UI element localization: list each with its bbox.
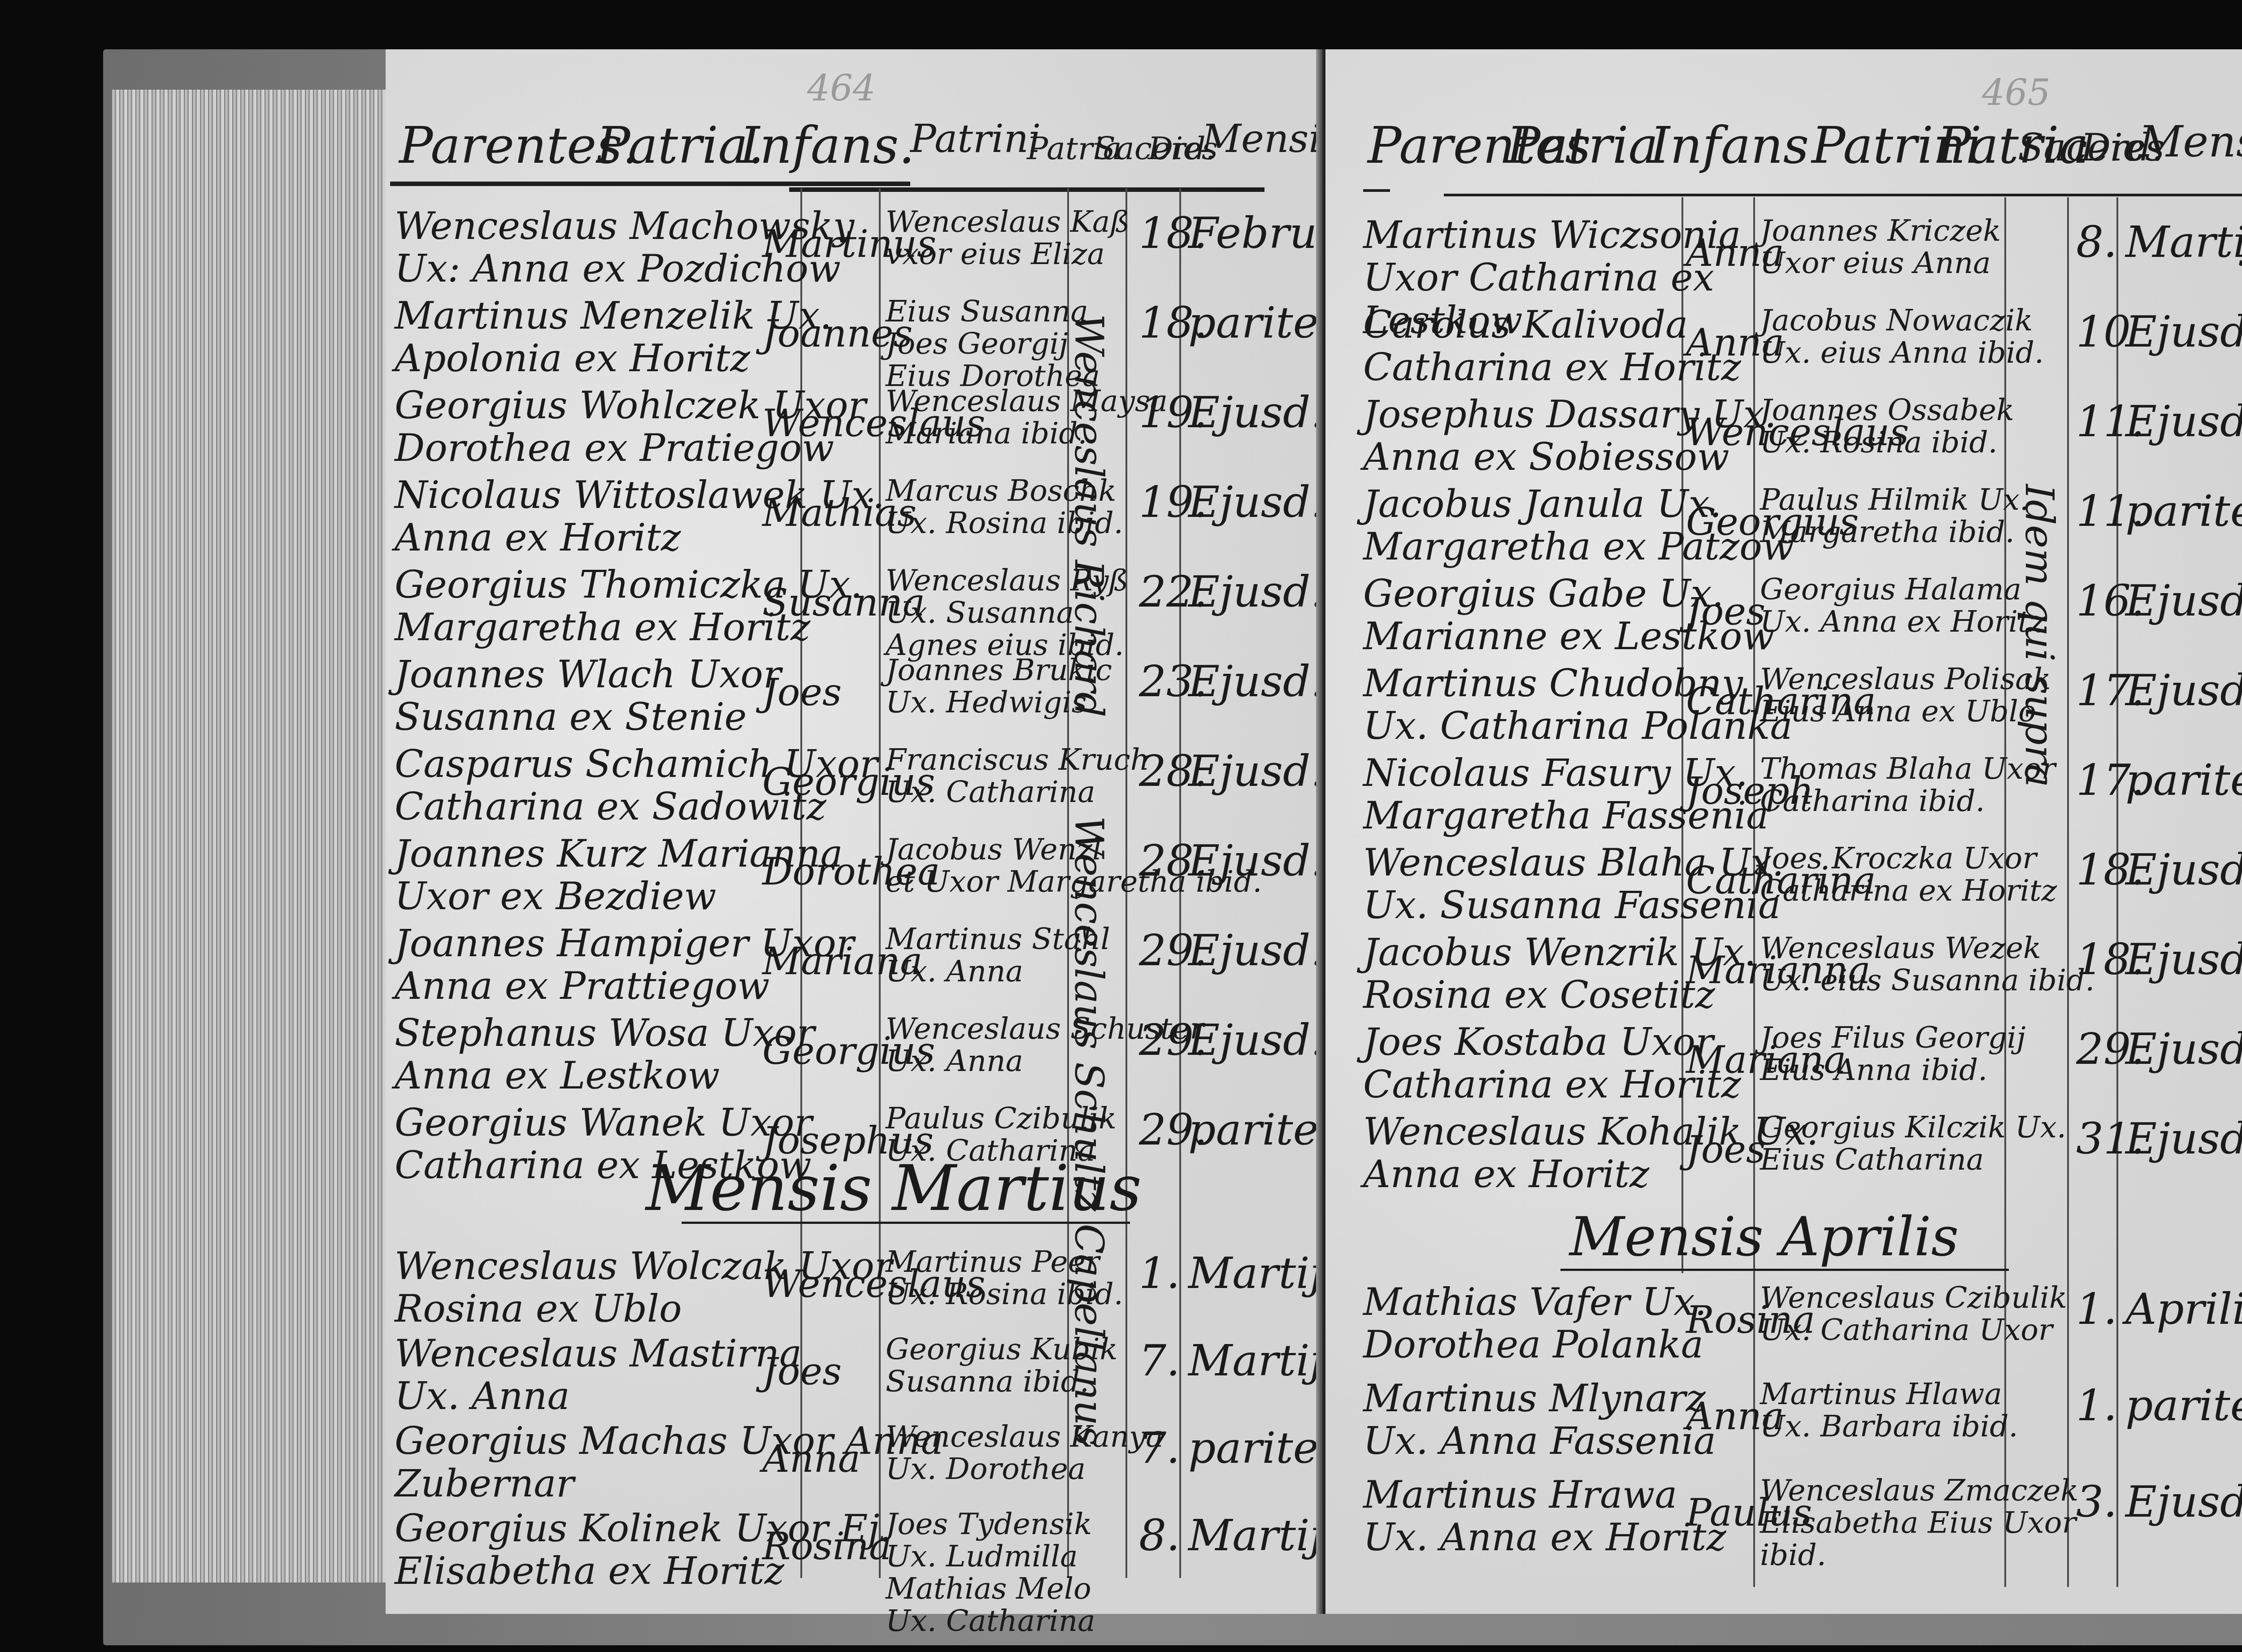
entry-godparents: Ux. Catharina Uxor [1760,1314,2053,1345]
entry-godparents: Joannes Kriczek [1760,215,2001,246]
entry-godparents: Margaretha ibid. [1760,516,2015,547]
entry-parents: Stephanus Wosa Uxor [395,1013,815,1053]
header-mensis: Mensis [2139,117,2242,167]
entry-parents: Georgius Machas Uxor Anna [395,1421,943,1461]
entry-month: Ejusd. [2125,578,2242,624]
section-title-martius: Mensis Martius [646,1152,1142,1225]
entry-godparents: Wenceslaus Kanya [886,1421,1164,1452]
entry-parents: Martinus Mlynarz [1363,1379,1706,1418]
header-patrini: Patrini [910,117,1041,161]
entry-godparents: Mathias Melo [886,1573,1091,1604]
entry-parents: Susanna ex Stenie [395,697,747,737]
entry-month: Ejusd. [2125,1116,2242,1162]
entry-parents: Catharina ex Horitz [1363,1065,1741,1104]
entry-godparents: Eius Anna ex Ublo [1760,696,2036,727]
entry-month: Ejusd. [2125,847,2242,893]
entry-parents: Uxor Catharina ex [1363,258,1714,297]
entry-parents: Rosina ex Ublo [395,1289,682,1328]
entry-godparents: Ux. Rosina ibid. [886,1279,1123,1309]
header-underline [789,187,1264,192]
entry-godparents: Mariana ibid. [886,418,1087,449]
entry-month: Ejusd. [1188,838,1324,884]
entry-month: pariter [2125,1383,2242,1428]
entry-month: Ejusd. [2125,309,2242,355]
entry-godparents: Susanna ibid. [886,1366,1089,1397]
entry-parents: Dorothea Polanka [1363,1325,1703,1364]
header-infans: Infans [1650,117,1809,175]
entry-godparents: Wenceslaus Polisak [1760,663,2051,694]
header-patria: Patria [1507,117,1658,175]
entry-parents: Anna ex Horitz [395,518,681,557]
page-edges-left [112,90,390,1583]
entry-godparents: Wenceslaus Kaß [886,206,1130,237]
entry-month: Ejusd. [2125,668,2242,713]
entry-parents: Anna ex Horitz [1363,1154,1649,1194]
entry-month: Martij [2125,220,2242,265]
entry-godparents: Eius Susanna [886,296,1088,327]
entry-parents: Apolonia ex Horitz [395,338,750,378]
header-underline [1363,189,1390,192]
entry-infant: Joes [1686,1130,1765,1169]
entry-godparents: Ux. Hedwigis [886,687,1087,718]
entry-godparents: Eius Catharina [1760,1144,1984,1175]
priest-note-left: Wenceslaus Richard [1066,314,1112,717]
entry-godparents: Ux. Anna [886,956,1023,987]
section-underline [682,1222,1130,1224]
entry-godparents: Wenceslaus Zmaczek [1760,1475,2078,1506]
entry-godparents: Martinus Hlawa [1760,1379,2002,1409]
entry-parents: Joes Kostaba Uxor [1363,1022,1713,1062]
entry-parents: Martinus Wiczsonia [1363,215,1741,255]
entry-godparents: Martinus Peer [886,1246,1099,1277]
entry-godparents: Ux. Dorothea [886,1453,1086,1484]
entry-parents: Jacobus Janula Ux. [1363,484,1722,524]
entry-infant: Joes [1686,592,1765,631]
entry-parents: Uxor ex Bezdiew [395,876,716,916]
left-page-number: 464 [807,67,876,109]
entry-godparents: vxor eius Eliza [886,238,1105,269]
entry-parents: Zubernar [395,1464,574,1503]
entry-godparents: Georgius Halama [1760,574,2021,605]
entry-parents: Margaretha ex Horitz [395,607,810,647]
entry-godparents: Ux. eius Anna ibid. [1760,337,2044,368]
entry-month: Ejusd. [1188,1018,1324,1063]
entry-month: Aprilis [2125,1287,2242,1332]
entry-month: Martij [1188,1513,1323,1558]
entry-day: 7. [1139,1426,1180,1471]
entry-godparents: Ux. Susanna [886,597,1074,628]
entry-parents: Wenceslaus Mastirna [395,1334,802,1373]
entry-godparents: Joannes Ossabek [1760,395,2014,425]
entry-godparents: Joes Georgij [886,328,1068,359]
entry-parents: Elisabetha ex Horitz [395,1551,784,1591]
column-rule [2067,197,2069,1587]
entry-parents: Georgius Wanek Uxor [395,1103,813,1142]
entry-godparents: Ux. Barbara ibid. [1760,1411,2018,1442]
entry-infant: Joes [762,1352,842,1391]
entry-godparents: Ux. eius Susanna ibid. [1760,965,2094,996]
entry-parents: Ux. Anna Fassenia [1363,1421,1716,1461]
entry-day: 1. [1139,1251,1180,1296]
entry-godparents: Ux. Rosina ibid. [1760,427,1998,458]
entry-day: 1. [2076,1287,2117,1332]
entry-godparents: Georgius Kilczik Ux. [1760,1112,2066,1143]
entry-godparents: Ux. Anna ex Horitz [1760,606,2045,637]
entry-month: Ejusd. [2125,1479,2242,1525]
entry-parents: Anna ex Lestkow [395,1056,720,1095]
entry-month: Ejusd. [1188,390,1324,435]
entry-parents: Catharina ex Horitz [1363,347,1741,387]
entry-parents: Catharina ex Sadowitz [395,787,826,826]
header-underline [1444,194,2242,196]
entry-godparents: Wenceslaus Czibulik [1760,1282,2067,1313]
entry-infant: Rosina [762,1526,891,1566]
entry-month: Ejusd. [1188,659,1324,704]
entry-godparents: Eius Anna ibid. [1760,1054,1987,1085]
entry-month: Martij [1188,1338,1323,1383]
entry-parents: Anna ex Prattiegow [395,966,770,1006]
entry-month: Ejusd. [1188,480,1324,525]
entry-infant: Anna [762,1439,860,1479]
entry-month: Ejusd. [2125,399,2242,444]
entry-day: 1. [2076,1383,2117,1428]
entry-parents: Georgius Gabe Ux. [1363,574,1724,613]
entry-godparents: Joes Filus Georgij [1760,1022,2025,1053]
entry-godparents: Ux. Anna [886,1045,1023,1076]
entry-godparents: Ux. Catharina [886,776,1095,807]
entry-day: 10 [2076,309,2131,355]
entry-godparents: Uxor eius Anna [1760,247,1991,278]
entry-month: Ejusd. [2125,937,2242,982]
entry-parents: Ux. Anna ex Horitz [1363,1518,1726,1557]
section-underline [1560,1269,2009,1271]
entry-godparents: Thomas Blaha Uxor [1760,753,2055,784]
entry-godparents: Ux. Catharina [886,1605,1095,1636]
entry-godparents: Wenceslaus Wezek [1760,932,2041,963]
entry-godparents: Joes Kroczka Uxor [1760,843,2037,874]
entry-godparents: Wenceslaus Maysa [886,386,1168,416]
entry-day: 8. [2076,220,2117,265]
entry-parents: Anna ex Sobiessow [1363,437,1729,477]
header-patria: Patria. [596,117,764,175]
header-underline [390,182,910,186]
entry-day: 7. [1139,1338,1180,1383]
entry-godparents: Elisabetha Eius Uxor [1760,1507,2076,1538]
entry-month: Martij [1188,1251,1323,1296]
right-page-number: 465 [1982,72,2051,113]
entry-month: Ejusd. [1188,928,1324,973]
entry-godparents: ibid. [1760,1539,1826,1570]
entry-day: 3. [2076,1479,2117,1525]
entry-godparents: Catharina ex Horitz [1760,875,2057,906]
entry-month: Ejusd. [2125,1027,2242,1072]
entry-month: Ejusd. [1188,569,1324,615]
section-title-aprilis: Mensis Aprilis [1569,1206,1959,1268]
entry-godparents: Georgius Kubik [886,1334,1118,1365]
entry-godparents: Franciscus Kruch [886,744,1149,775]
entry-parents: Joannes Wlach Uxor [395,655,781,694]
entry-month: pariter [2125,489,2242,534]
entry-godparents: Ux. Ludmilla [886,1541,1078,1572]
priest-note-right: Idem qui supra [2016,484,2063,787]
entry-godparents: Jacobus Nowaczik [1760,305,2033,336]
entry-month: Ejusd. [1188,749,1324,794]
entry-parents: Carolus Kalivoda [1363,305,1688,344]
entry-day: 8. [1139,1513,1180,1558]
entry-infant: Joes [762,672,842,712]
entry-parents: Martinus Hrawa [1363,1475,1677,1514]
header-infans: Infans. [740,117,915,175]
entry-godparents: Joes Tydensik [886,1509,1092,1539]
entry-month: pariter [2125,758,2242,803]
entry-parents: Ux. Anna [395,1376,570,1416]
entry-parents: Rosina ex Cosetitz [1363,975,1715,1015]
entry-godparents: Catharina ibid. [1760,785,1985,816]
entry-parents: Mathias Vafer Ux. [1363,1282,1707,1322]
entry-godparents: Paulus Hilmik Ux. [1760,484,2029,515]
